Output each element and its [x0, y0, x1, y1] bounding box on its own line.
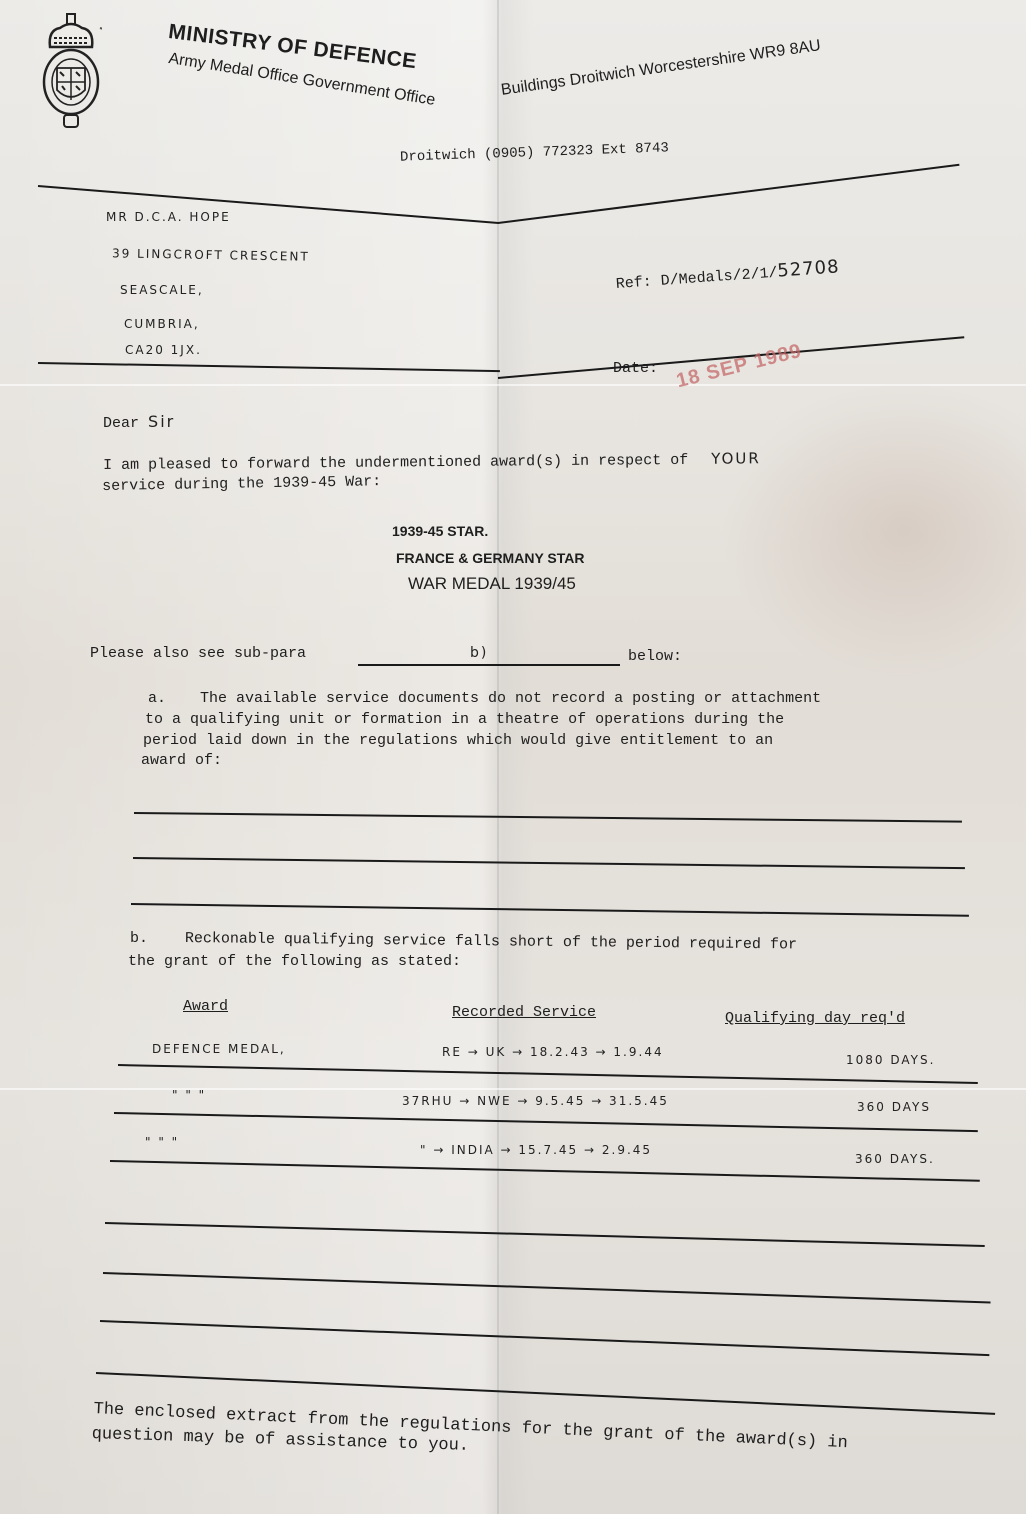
para-b-line: the grant of the following as stated: — [128, 953, 461, 970]
para-a-line: award of: — [141, 752, 222, 769]
blank-row-line — [103, 1272, 991, 1303]
telephone-number: Droitwich (0905) 772323 Ext 8743 — [400, 140, 669, 165]
para-a-line: period laid down in the regulations whic… — [143, 732, 773, 749]
divider — [38, 362, 500, 372]
para-a-line: The available service documents do not r… — [200, 690, 821, 707]
para-a-line: to a qualifying unit or formation in a t… — [145, 711, 784, 728]
para-b-line: Reckonable qualifying service falls shor… — [185, 930, 797, 953]
intro-handwritten: YOUR — [711, 449, 761, 467]
table-header-award: Award — [183, 998, 228, 1015]
salutation-name: Sir — [148, 412, 175, 431]
reference-number: 52708 — [777, 256, 841, 281]
paper-fold — [0, 384, 1026, 386]
para-b-marker: b. — [130, 930, 148, 947]
paper-fold — [0, 1088, 1026, 1090]
table-cell-service: 37RHU → NWE → 9.5.45 → 31.5.45 — [402, 1094, 669, 1108]
award-granted: FRANCE & GERMANY STAR — [396, 550, 585, 566]
table-cell-award: " " " — [145, 1135, 179, 1149]
blank-row-line — [105, 1222, 985, 1247]
table-header-service: Recorded Service — [452, 1004, 596, 1021]
reference-printed: D/Medals/2/1/ — [660, 265, 778, 290]
intro-line: service during the 1939-45 War: — [102, 473, 381, 495]
sub-para-label: Please also see sub-para — [90, 645, 306, 662]
recipient-address-line: CA20 1JX. — [125, 343, 202, 357]
salutation-text: Dear — [103, 415, 139, 432]
para-a-marker: a. — [148, 690, 166, 707]
intro-line: I am pleased to forward the undermention… — [103, 449, 761, 474]
blank-line — [131, 903, 969, 917]
blank-line — [134, 812, 962, 823]
letterhead-address: Buildings Droitwich Worcestershire WR9 8… — [500, 37, 822, 100]
recipient-name: MR D.C.A. HOPE — [106, 210, 231, 224]
table-cell-service: " → INDIA → 15.7.45 → 2.9.45 — [420, 1143, 652, 1157]
recipient-address-line: SEASCALE, — [120, 283, 204, 297]
table-header-days: Qualifying day req'd — [725, 1010, 905, 1027]
paper-stain — [720, 380, 1026, 680]
sub-para-value: b) — [470, 645, 488, 661]
salutation: Dear Sir — [103, 412, 175, 432]
table-cell-service: RE → UK → 18.2.43 → 1.9.44 — [442, 1045, 664, 1059]
table-cell-award: " " " — [172, 1088, 206, 1102]
award-granted: WAR MEDAL 1939/45 — [408, 574, 576, 594]
royal-crest-icon — [40, 12, 102, 132]
intro-text: I am pleased to forward the undermention… — [103, 452, 688, 474]
date-label: Date: — [613, 360, 658, 377]
recipient-address-line: 39 LINGCROFT CRESCENT — [112, 246, 310, 263]
sub-para-field-line — [358, 664, 620, 666]
table-row-line — [118, 1064, 978, 1084]
table-cell-days: 360 DAYS. — [855, 1152, 935, 1166]
table-cell-days: 360 DAYS — [857, 1100, 931, 1114]
sub-para-suffix: below: — [628, 648, 682, 665]
reference: Ref: D/Medals/2/1/52708 — [615, 256, 840, 293]
recipient-address-line: CUMBRIA, — [124, 317, 200, 331]
blank-line — [133, 857, 965, 869]
award-granted: 1939-45 STAR. — [392, 523, 488, 539]
table-row-line — [110, 1160, 980, 1182]
reference-label: Ref: — [615, 273, 652, 292]
table-cell-days: 1080 DAYS. — [846, 1053, 935, 1067]
table-cell-award: DEFENCE MEDAL, — [152, 1042, 286, 1056]
table-row-line — [114, 1112, 978, 1132]
divider — [498, 164, 960, 224]
blank-row-line — [100, 1320, 989, 1356]
